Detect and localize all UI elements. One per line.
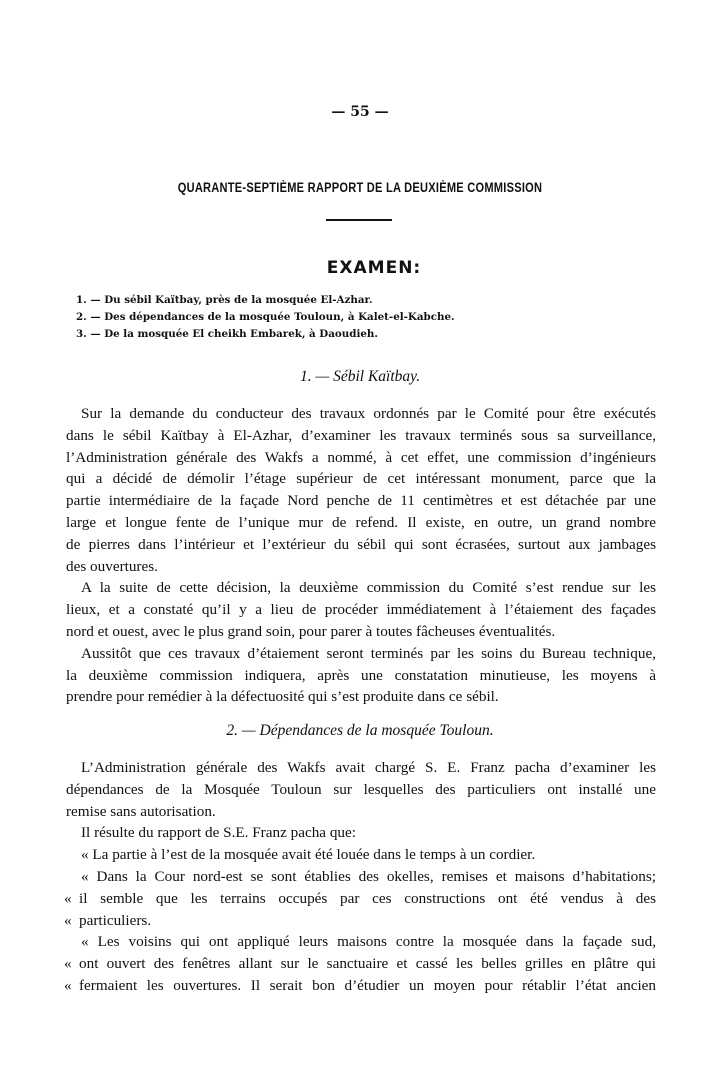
text-line: lieux, et a constaté qu’il y a lieu de p… xyxy=(66,599,656,621)
examen-heading: EXAMEN: xyxy=(0,258,720,278)
text-line: A la suite de cette décision, la deuxièm… xyxy=(66,577,656,599)
section-heading-1: 1. — Sébil Kaïtbay. xyxy=(0,368,720,386)
text-line: qui a décidé de démolir l’étage supérieu… xyxy=(66,468,656,490)
title-rule-divider xyxy=(326,219,392,221)
examen-item-2: 2. — Des dépendances de la mosquée Toulo… xyxy=(76,309,455,326)
text-line: des ouvertures. xyxy=(66,556,656,578)
examen-list: 1. — Du sébil Kaïtbay, près de la mosqué… xyxy=(76,292,455,343)
text-line: large et longue fente de l’unique mur de… xyxy=(66,512,656,534)
text-line: « Les voisins qui ont appliqué leurs mai… xyxy=(66,931,656,953)
text-line: « La partie à l’est de la mosquée avait … xyxy=(66,844,656,866)
examen-item-3: 3. — De la mosquée El cheikh Embarek, à … xyxy=(76,326,455,343)
text-line: fermaient les ouvertures. Il serait bon … xyxy=(66,975,656,997)
text-line: Sur la demande du conducteur des travaux… xyxy=(66,403,656,425)
section-heading-2: 2. — Dépendances de la mosquée Touloun. xyxy=(0,722,720,740)
text-line: prendre pour remédier à la défectuosité … xyxy=(66,686,656,708)
text-line: il semble que les terrains occupés par c… xyxy=(66,888,656,910)
page-number: — 55 — xyxy=(0,104,720,120)
text-line: particuliers. xyxy=(66,910,656,932)
document-page: — 55 — QUARANTE-SEPTIÈME RAPPORT DE LA D… xyxy=(0,0,720,1065)
text-line: L’Administration générale des Wakfs avai… xyxy=(66,757,656,779)
text-line: dans le sébil Kaïtbay à El-Azhar, d’exam… xyxy=(66,425,656,447)
text-line: la deuxième commission indiquera, après … xyxy=(66,665,656,687)
text-line: l’Administration générale des Wakfs a no… xyxy=(66,447,656,469)
text-line: dépendances de la Mosquée Touloun sur le… xyxy=(66,779,656,801)
text-line: remise sans autorisation. xyxy=(66,801,656,823)
text-line: de pierres dans l’intérieur et l’extérie… xyxy=(66,534,656,556)
text-line: partie intermédiaire de la façade Nord p… xyxy=(66,490,656,512)
examen-item-1: 1. — Du sébil Kaïtbay, près de la mosqué… xyxy=(76,292,455,309)
text-line: Aussitôt que ces travaux d’étaiement ser… xyxy=(66,643,656,665)
section-2-body: L’Administration générale des Wakfs avai… xyxy=(66,757,656,997)
text-line: nord et ouest, avec le plus grand soin, … xyxy=(66,621,656,643)
text-line: Il résulte du rapport de S.E. Franz pach… xyxy=(66,822,656,844)
text-line: ont ouvert des fenêtres allant sur le sa… xyxy=(66,953,656,975)
text-line: « Dans la Cour nord-est se sont établies… xyxy=(66,866,656,888)
report-title: QUARANTE-SEPTIÈME RAPPORT DE LA DEUXIÈME… xyxy=(65,180,655,195)
section-1-body: Sur la demande du conducteur des travaux… xyxy=(66,403,656,708)
